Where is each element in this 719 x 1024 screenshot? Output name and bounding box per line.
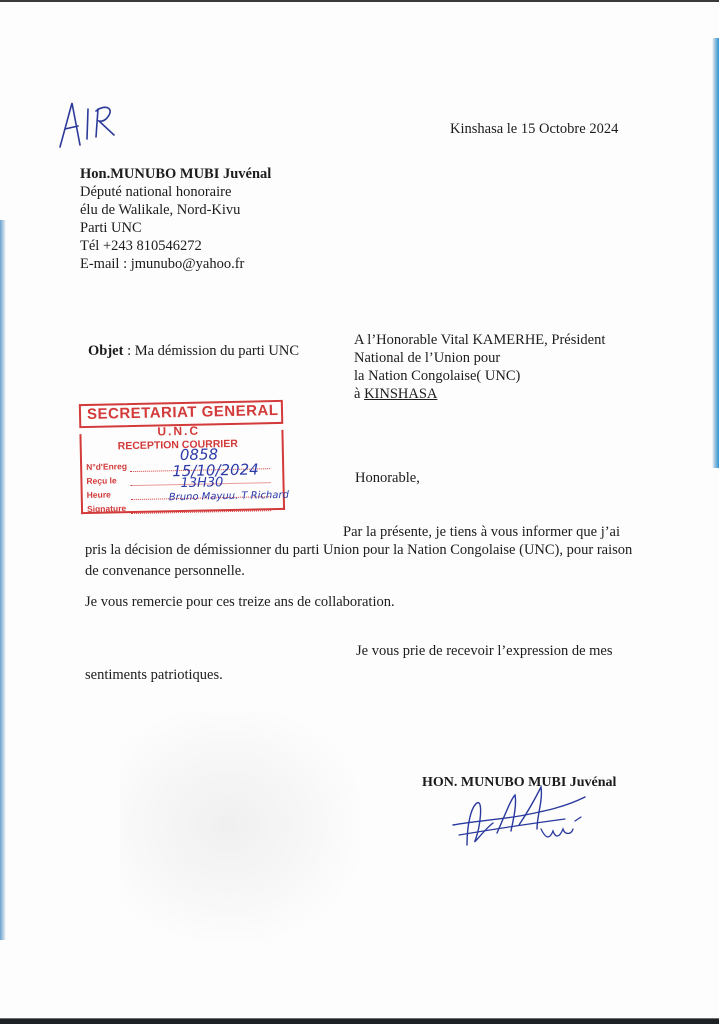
handwritten-annotation [56,95,126,160]
body-paragraph-1-line-2: pris la décision de démissionner du part… [85,542,632,559]
recipient-line: National de l’Union pour [354,349,605,367]
bottom-border [0,1018,719,1024]
salutation: Honorable, [355,470,420,487]
reception-stamp: SECRETARIAT GENERAL U.N.C RECEPTION COUR… [79,400,286,519]
subject-line: Objet : Ma démission du parti UNC [88,343,299,360]
recipient-city-line: à KINSHASA [354,385,605,403]
subject-text: Ma démission du parti UNC [135,343,299,359]
stamp-field-label: Reçu le [86,475,116,486]
sender-party: Parti UNC [80,219,271,237]
date-line: Kinshasa le 15 Octobre 2024 [450,121,618,138]
subject-separator: : [123,343,134,359]
recipient-block: A l’Honorable Vital KAMERHE, Président N… [354,331,605,403]
stamp-field-label: N°d'Enreg [86,461,127,472]
stamp-org: U.N.C [157,424,200,439]
body-paragraph-1-first-line: Par la présente, je tiens à vous informe… [343,524,620,541]
sender-title: Député national honoraire [80,183,271,201]
recipient-line: A l’Honorable Vital KAMERHE, Président [354,331,605,349]
sender-block: Hon.MUNUBO MUBI Juvénal Député national … [80,165,271,273]
scan-edge-left [0,220,6,940]
sender-phone: Tél +243 810546272 [80,237,271,255]
sender-constituency: élu de Walikale, Nord-Kivu [80,201,271,219]
body-paragraph-2: Je vous remercie pour ces treize ans de … [85,594,395,611]
sender-name: Hon.MUNUBO MUBI Juvénal [80,165,271,183]
stamp-field-value: 13H30 [180,475,223,491]
scan-edge-right [712,38,719,468]
recipient-city: KINSHASA [364,386,437,402]
stamp-section: RECEPTION COURRIER [118,438,238,453]
handwritten-signature [445,785,605,860]
top-border [0,0,719,2]
recipient-line: la Nation Congolaise( UNC) [354,367,605,385]
scan-smudge [120,710,360,940]
stamp-field-label: Heure [87,490,111,501]
stamp-field-label: Signature [87,503,126,514]
body-paragraph-1-line-3: de convenance personnelle. [85,563,245,580]
subject-label: Objet [88,343,123,359]
body-paragraph-3-line-2: sentiments patriotiques. [85,667,223,684]
body-paragraph-3-first-line: Je vous prie de recevoir l’expression de… [356,643,612,660]
sender-email: E-mail : jmunubo@yahoo.fr [80,255,271,273]
